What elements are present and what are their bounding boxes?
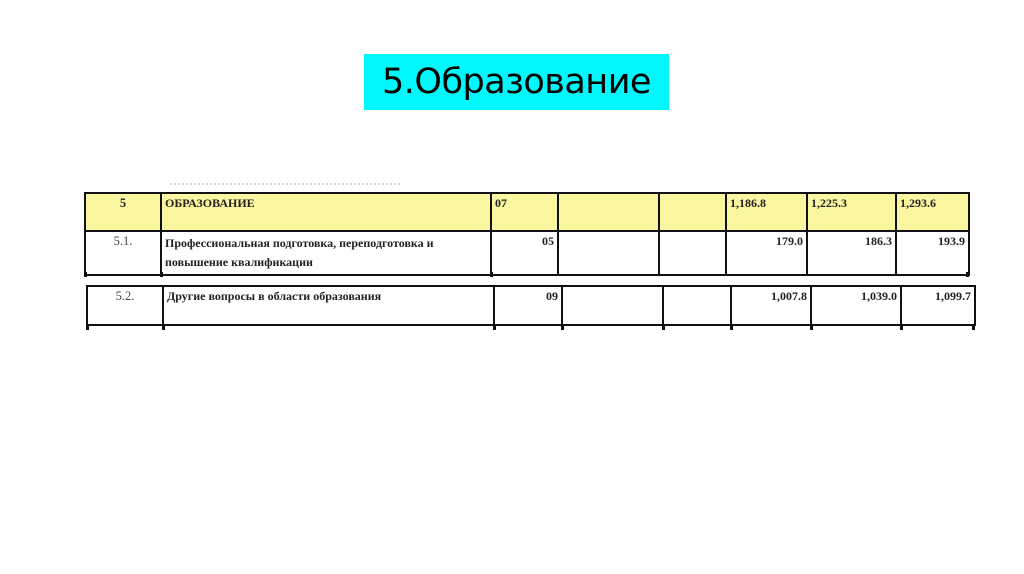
table-row-education: 5 ОБРАЗОВАНИЕ 07 1,186.8 1,225.3 1,293.6 — [85, 193, 969, 231]
row-value-2: 1,039.0 — [811, 286, 901, 325]
budget-table-top: 5 ОБРАЗОВАНИЕ 07 1,186.8 1,225.3 1,293.6… — [84, 192, 970, 276]
row-value-3: 1,293.6 — [896, 193, 969, 231]
row-value-1: 1,007.8 — [731, 286, 811, 325]
table-border-stub — [160, 272, 163, 277]
table-row-other-education: 5.2. Другие вопросы в области образовани… — [87, 286, 975, 325]
row-code: 05 — [491, 231, 558, 275]
row-name: Профессиональная подготовка, переподгото… — [161, 231, 491, 275]
row-col5 — [659, 193, 726, 231]
row-code: 07 — [491, 193, 558, 231]
row-col5 — [659, 231, 726, 275]
table-row-professional-training: 5.1. Профессиональная подготовка, перепо… — [85, 231, 969, 275]
table-border-stub — [810, 325, 813, 330]
row-value-3: 1,099.7 — [901, 286, 975, 325]
table-border-stub — [561, 325, 564, 330]
table-border-stub — [900, 325, 903, 330]
row-value-1: 179.0 — [726, 231, 807, 275]
table-border-stub — [84, 272, 87, 277]
table-border-stub — [966, 272, 969, 277]
row-col4 — [558, 193, 659, 231]
table-border-stub — [493, 325, 496, 330]
budget-table-bottom: 5.2. Другие вопросы в области образовани… — [86, 285, 976, 326]
row-value-1: 1,186.8 — [726, 193, 807, 231]
table-border-stub — [730, 325, 733, 330]
row-value-3: 193.9 — [896, 231, 969, 275]
row-value-2: 186.3 — [807, 231, 896, 275]
row-name: Другие вопросы в области образования — [163, 286, 494, 325]
row-name: ОБРАЗОВАНИЕ — [161, 193, 491, 231]
table-border-stub — [162, 325, 165, 330]
row-col4 — [562, 286, 663, 325]
faint-scan-artifact — [170, 183, 400, 191]
table-border-stub — [972, 325, 975, 330]
row-number: 5 — [85, 193, 161, 231]
row-number: 5.1. — [85, 231, 161, 275]
row-col4 — [558, 231, 659, 275]
table-border-stub — [662, 325, 665, 330]
row-value-2: 1,225.3 — [807, 193, 896, 231]
row-number: 5.2. — [87, 286, 163, 325]
table-border-stub — [86, 325, 89, 330]
table-border-stub — [490, 272, 493, 277]
row-col5 — [663, 286, 731, 325]
row-code: 09 — [494, 286, 562, 325]
slide-title: 5.Образование — [364, 54, 669, 110]
